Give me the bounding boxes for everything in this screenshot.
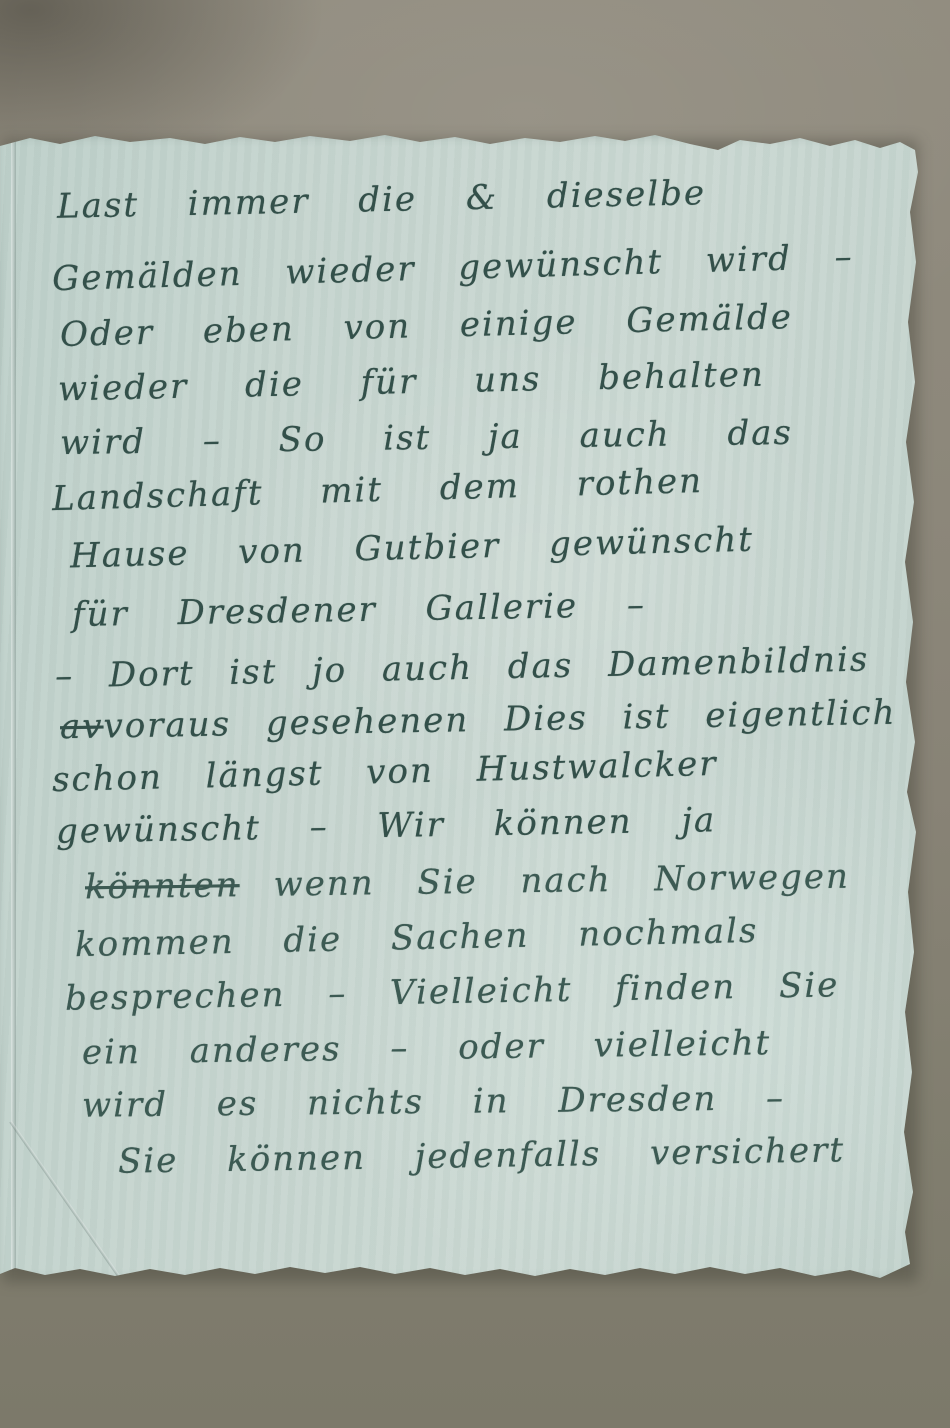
handwriting-line: Landschaft mit dem rothen [52,461,704,519]
letter-body: Last immer die & dieselbe Gemälden wiede… [0,0,950,1428]
handwriting-line: avvoraus gesehenen Dies ist eigentlich [60,693,897,748]
handwriting-line: kommen die Sachen nochmals [75,911,759,965]
handwriting-line: wieder die für uns behalten [58,355,766,410]
photo-background: Last immer die & dieselbe Gemälden wiede… [0,0,950,1428]
handwriting-line: wird – So ist ja auch das [60,413,793,463]
handwriting-line: Hause von Gutbier gewünscht [70,520,755,577]
handwriting-line: Oder eben von einige Gemälde [60,297,794,355]
handwriting-line: ein anderes – oder vielleicht [82,1023,772,1073]
struck-word: av [60,707,104,748]
line-text: wenn Sie nach Norwegen [273,857,850,905]
handwriting-line: besprechen – Vielleicht finden Sie [65,965,840,1019]
handwriting-line: gewünscht – Wir können ja [56,800,717,852]
struck-word: könnten [85,865,240,907]
line-text: voraus gesehenen Dies ist eigentlich [103,693,897,747]
handwriting-line: Sie können jedenfalls versichert [118,1130,846,1181]
handwriting-line: Last immer die & dieselbe [57,173,707,227]
handwriting-line: könntenwenn Sie nach Norwegen [85,857,850,908]
handwriting-line: schon längst von Hustwalcker [52,744,718,800]
handwriting-line: für Dresdener Gallerie – [72,585,647,635]
handwriting-line: wird es nichts in Dresden – [82,1078,785,1125]
handwriting-line: – Dort ist jo auch das Damenbildnis [55,639,870,696]
handwriting-line: Gemälden wieder gewünscht wird – [52,237,855,299]
